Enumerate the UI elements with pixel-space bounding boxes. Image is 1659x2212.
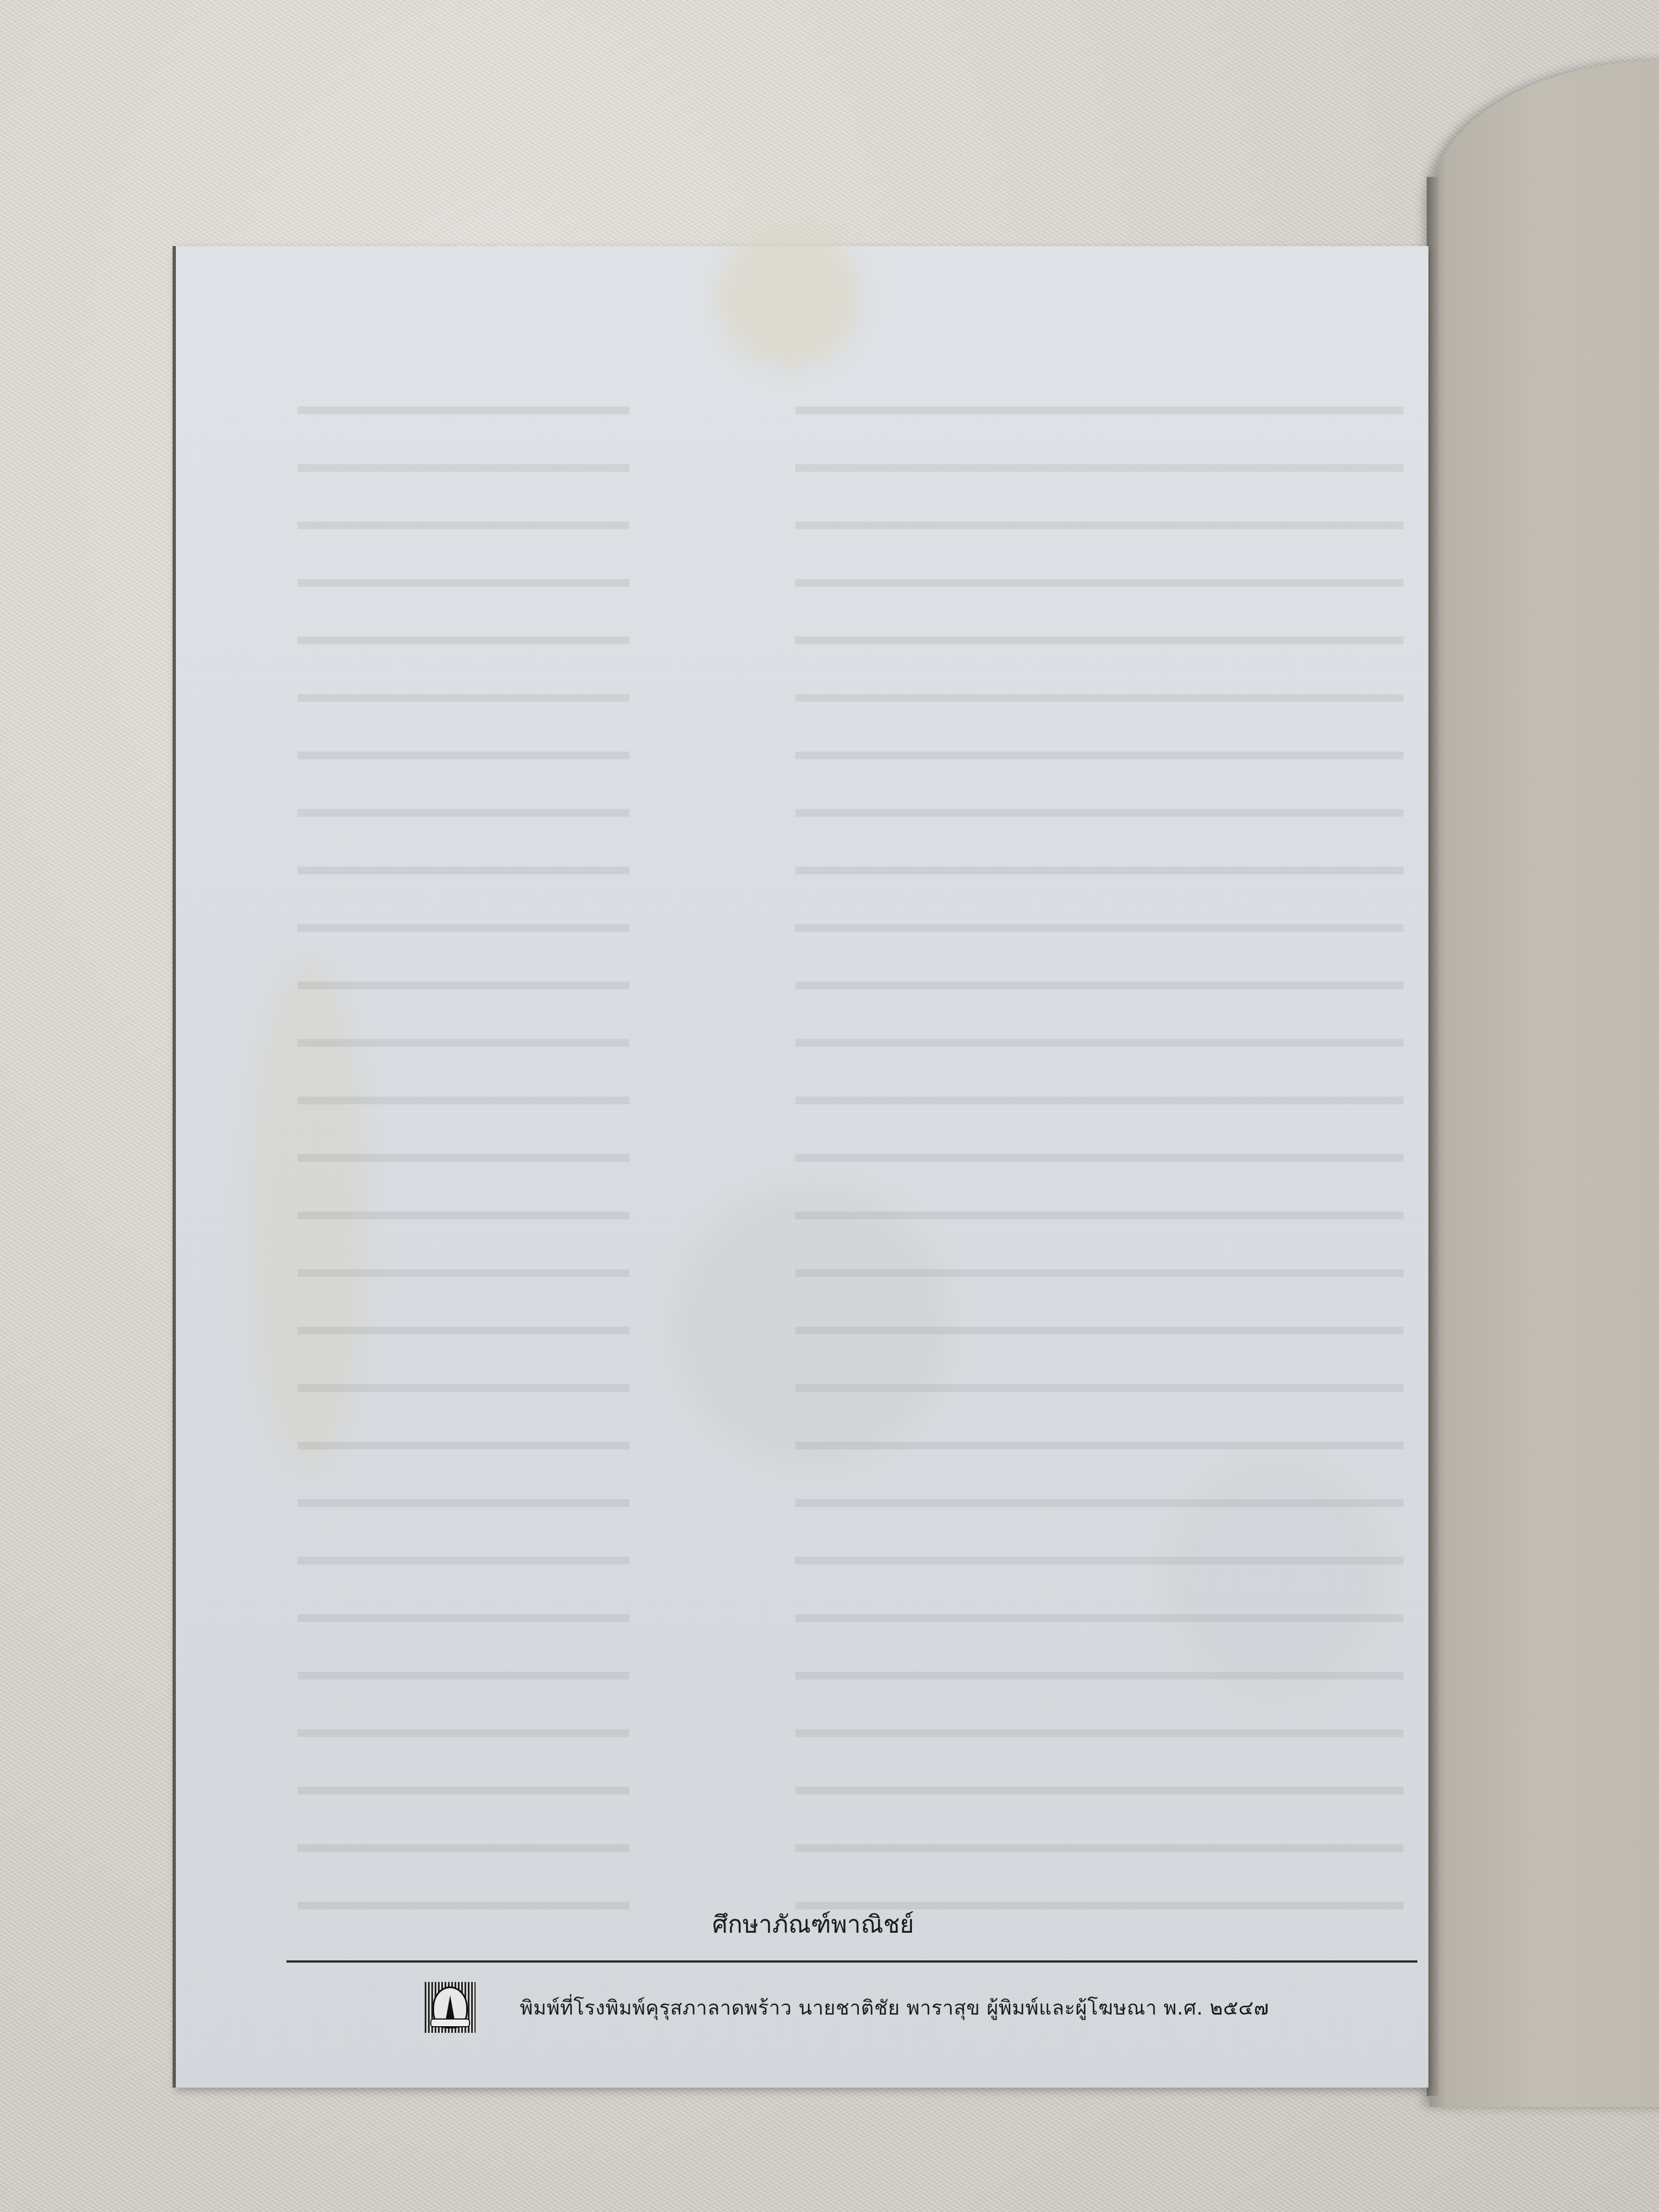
imprint-line: พิมพ์ที่โรงพิมพ์คุรุสภาลาดพร้าว นายชาติช…	[286, 1977, 1417, 2038]
logo-mark	[446, 1995, 455, 2020]
publisher-name: ศึกษาภัณฑ์พาณิชย์	[176, 1905, 1428, 1944]
book-back-cover: ศึกษาภัณฑ์พาณิชย์ พิมพ์ที่โรงพิมพ์คุรุสภ…	[176, 246, 1428, 2088]
footer-divider	[286, 1960, 1417, 1963]
imprint-text: พิมพ์ที่โรงพิมพ์คุรุสภาลาดพร้าว นายชาติช…	[520, 1992, 1269, 2023]
book-spine	[1427, 177, 1439, 2096]
press-logo-icon	[425, 1982, 476, 2033]
stain	[718, 224, 862, 368]
logo-band	[430, 2018, 470, 2027]
adjacent-book-page: ท	[1430, 61, 1659, 2107]
show-through-text	[298, 368, 1404, 1916]
